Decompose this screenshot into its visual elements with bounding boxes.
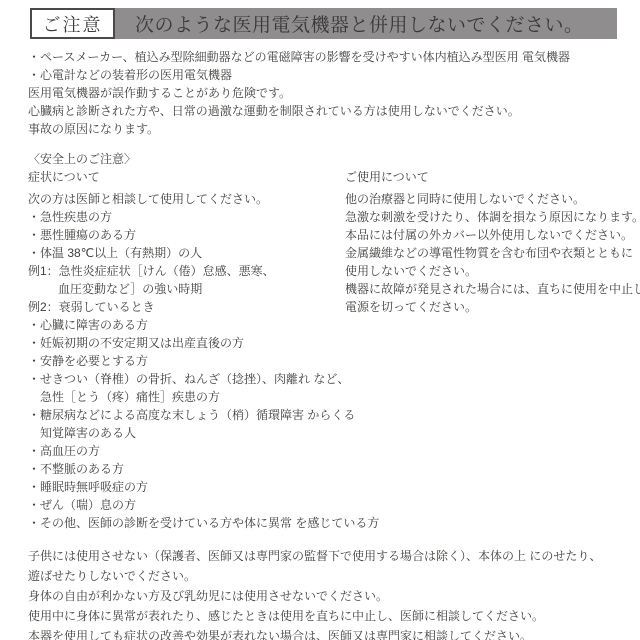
text-line: 急激な刺激を受けたり、体調を損なう原因になります。	[345, 208, 640, 226]
list-item: ・ぜん（喘）息の方	[28, 496, 345, 514]
usage-list: 他の治療器と同時に使用しないでください。 急激な刺激を受けたり、体調を損なう原因…	[345, 190, 640, 316]
list-item: ・せきつい（脊椎）の骨折、ねんざ（捻挫）、肉離れ など、	[28, 370, 345, 388]
two-column-section: 〈安全上のご注意〉 症状について 次の方は医師と相談して使用してください。 ・急…	[0, 150, 640, 532]
text-line: 医用電気機器が誤作動することがあり危険です。	[28, 84, 622, 102]
text-line: 使用しないでください。	[345, 262, 640, 280]
list-item-continuation: 知覚障害のある人	[28, 424, 345, 442]
list-item: ・睡眠時無呼吸症の方	[28, 478, 345, 496]
list-item: ・不整脈のある方	[28, 460, 345, 478]
text-line: 遊ばせたりしないでください。	[28, 566, 622, 586]
text-line: 金属繊維などの導電性物質を含む布団や衣類とともに	[345, 244, 640, 262]
list-item: ・その他、医師の診断を受けている方や体に異常 を感じている方	[28, 514, 345, 532]
list-item: ・体温 38℃以上（有熱期）の人	[28, 244, 345, 262]
safety-section-heading: 〈安全上のご注意〉	[28, 150, 345, 168]
caution-badge: ご注意	[30, 8, 115, 39]
list-item: 例1：急性炎症症状［けん（倦）怠感、悪寒、	[28, 262, 345, 280]
text-line: ・ペースメーカー、植込み型除細動器などの電磁障害の影響を受けやすい体内植込み型医…	[28, 48, 622, 66]
list-item: ・高血圧の方	[28, 442, 345, 460]
caution-header: ご注意 次のような医用電気機器と併用しないでください。	[30, 8, 617, 39]
text-line: ・心電計などの装着形の医用電気機器	[28, 66, 622, 84]
text-line: 次の方は医師と相談して使用してください。	[28, 190, 345, 208]
list-item: ・妊娠初期の不安定期又は出産直後の方	[28, 334, 345, 352]
list-item: ・心臓に障害のある方	[28, 316, 345, 334]
text-line: 使用中に身体に異常が表れたり、感じたときは使用を直ちに中止し、医師に相談してくだ…	[28, 606, 622, 626]
text-line: 本品には付属の外カバー以外使用しないでください。	[345, 226, 640, 244]
list-item-continuation: 急性［とう（疼）痛性］疾患の方	[28, 388, 345, 406]
text-line: 子供には使用させない（保護者、医師又は専門家の監督下で使用する場合は除く）、本体…	[28, 546, 622, 566]
text-line: 心臓病と診断された方や、日常の過激な運動を制限されている方は使用しないでください…	[28, 102, 622, 120]
warning-document-page: ご注意 次のような医用電気機器と併用しないでください。 ・ペースメーカー、植込み…	[0, 0, 640, 640]
list-item: ・急性疾患の方	[28, 208, 345, 226]
list-item: 例2：衰弱しているとき	[28, 298, 345, 316]
symptoms-subheading: 症状について	[28, 168, 345, 186]
text-line: 事故の原因になります。	[28, 120, 622, 138]
text-line: 身体の自由が利かない方及び乳幼児には使用させないでください。	[28, 586, 622, 606]
text-line: 機器に故障が発見された場合には、直ちに使用を中止して	[345, 280, 640, 298]
caution-title: 次のような医用電気機器と併用しないでください。	[115, 8, 617, 39]
list-item: ・糖尿病などによる高度な末しょう（梢）循環障害 からくる	[28, 406, 345, 424]
list-item: ・安静を必要とする方	[28, 352, 345, 370]
text-line: 他の治療器と同時に使用しないでください。	[345, 190, 640, 208]
list-item: ・悪性腫瘍のある方	[28, 226, 345, 244]
intro-paragraph: ・ペースメーカー、植込み型除細動器などの電磁障害の影響を受けやすい体内植込み型医…	[28, 48, 622, 138]
text-line: 電源を切ってください。	[345, 298, 640, 316]
symptoms-column: 〈安全上のご注意〉 症状について 次の方は医師と相談して使用してください。 ・急…	[28, 150, 345, 532]
text-line: 本器を使用しても症状の改善や効果が表れない場合は、医師又は専門家に相談してくださ…	[28, 626, 622, 640]
symptoms-list: 次の方は医師と相談して使用してください。 ・急性疾患の方 ・悪性腫瘍のある方 ・…	[28, 190, 345, 532]
usage-subheading: ご使用について	[345, 168, 640, 186]
footer-paragraph: 子供には使用させない（保護者、医師又は専門家の監督下で使用する場合は除く）、本体…	[28, 546, 622, 640]
usage-column: ご使用について 他の治療器と同時に使用しないでください。 急激な刺激を受けたり、…	[345, 150, 640, 532]
list-item-continuation: 血圧変動など］の強い時期	[28, 280, 345, 298]
